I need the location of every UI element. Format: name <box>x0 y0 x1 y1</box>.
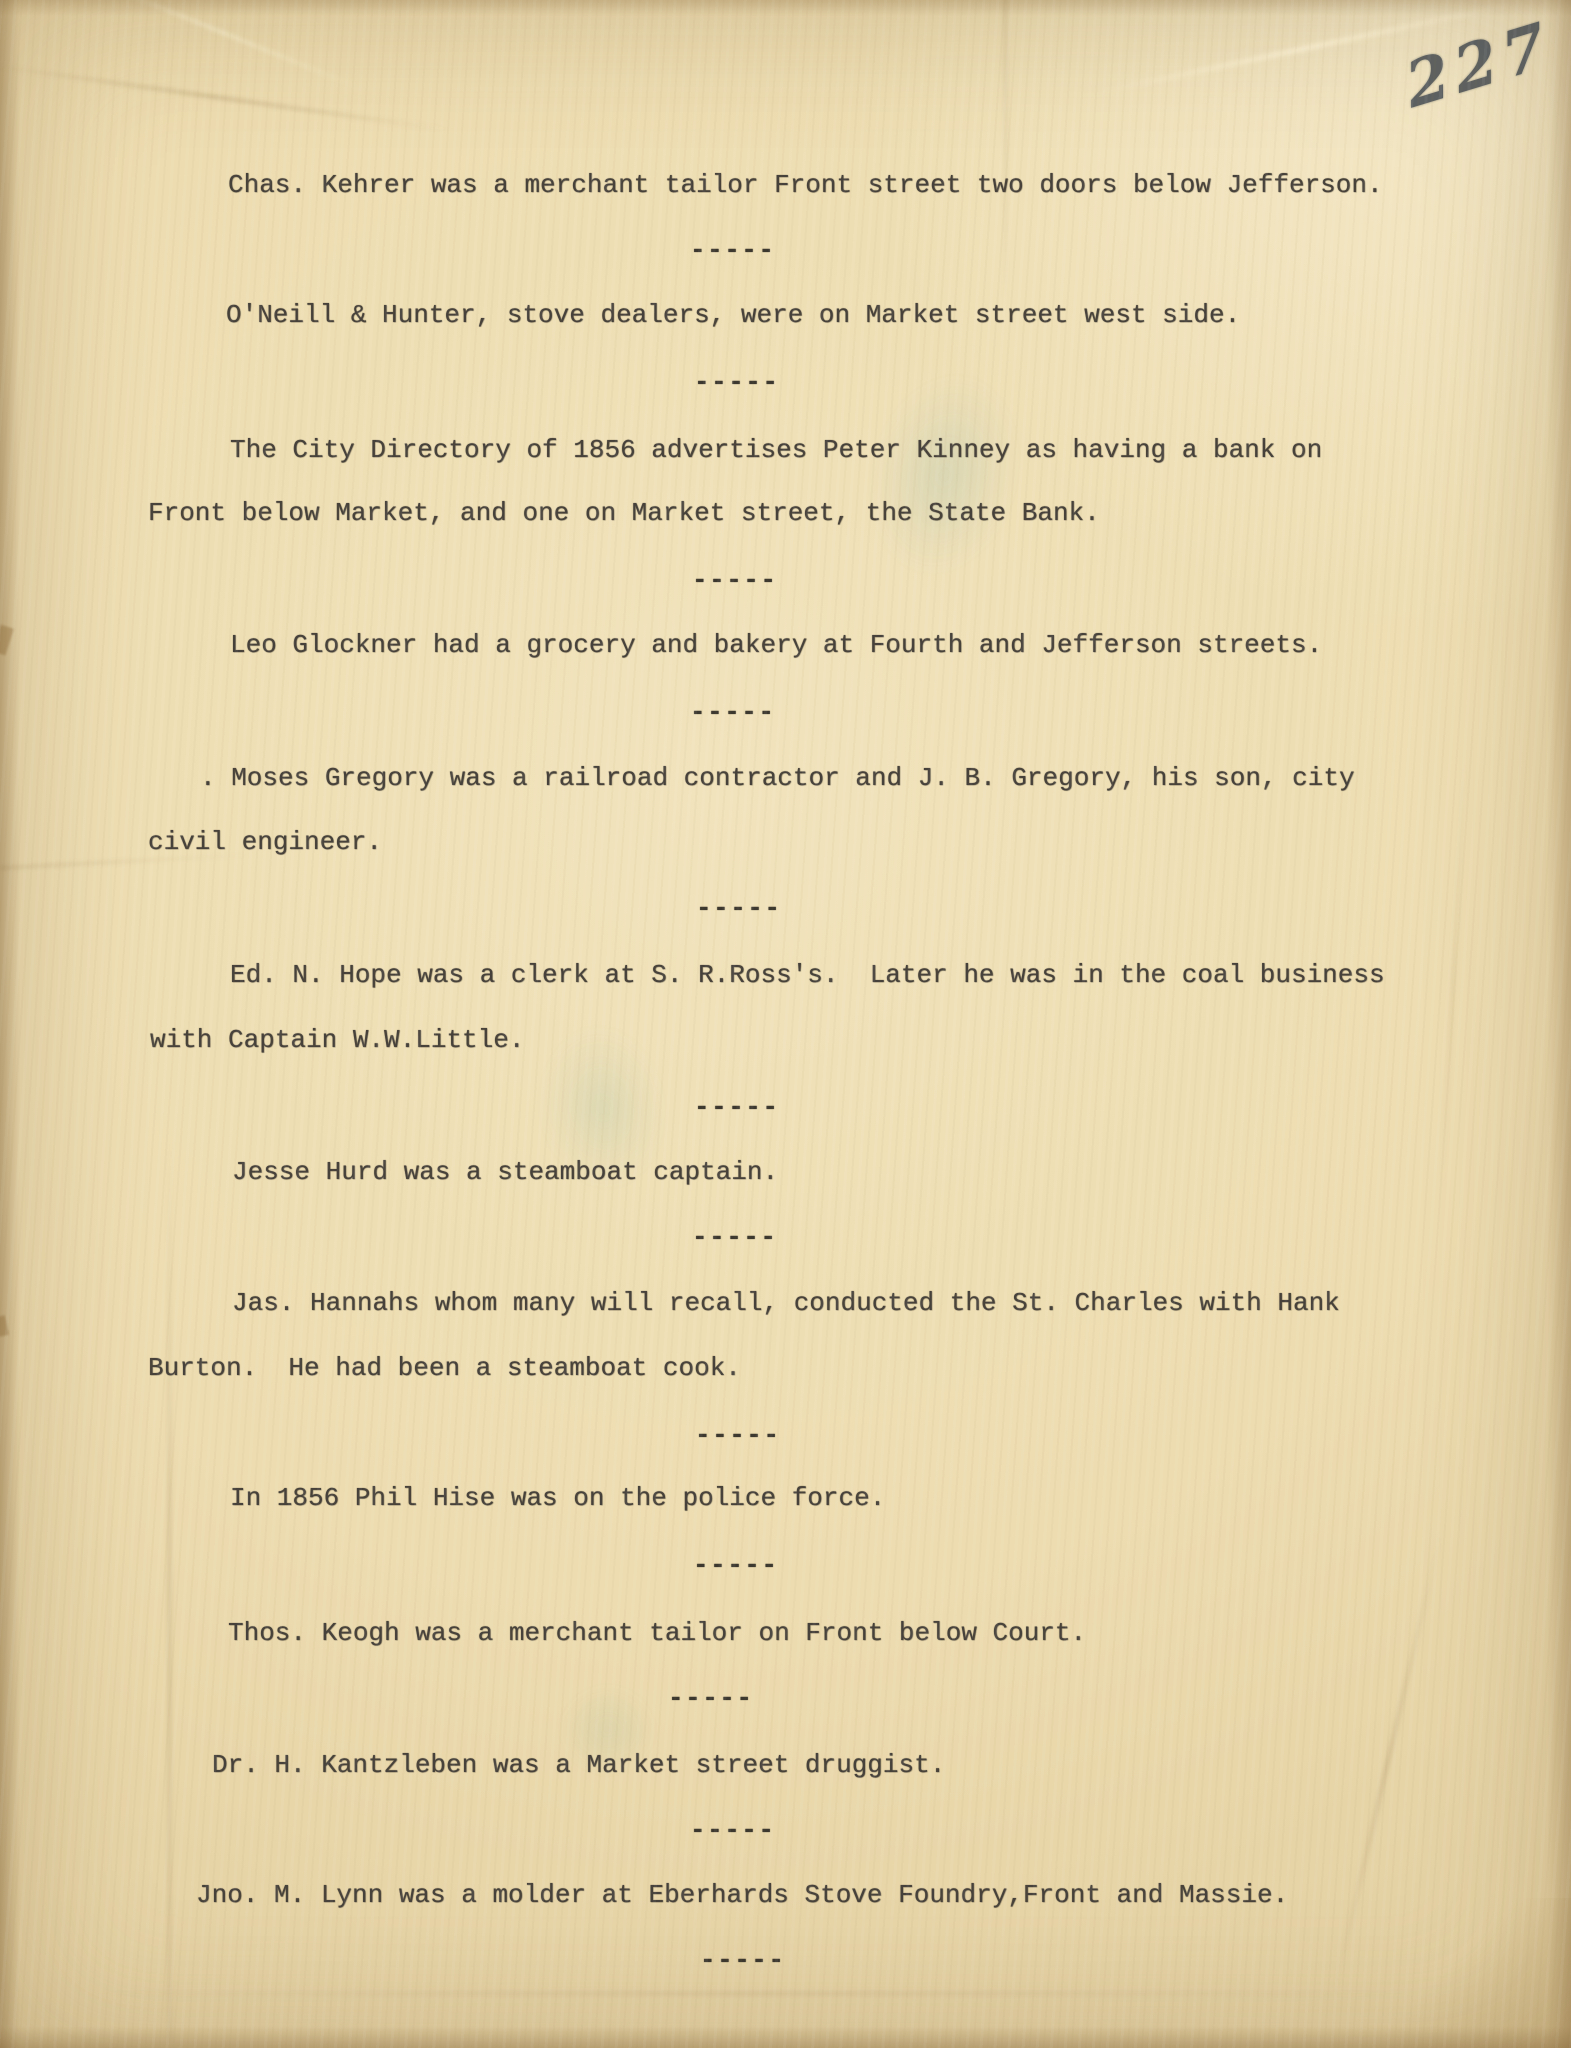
typed-line: Ed. N. Hope was a clerk at S. R.Ross's. … <box>230 958 1385 992</box>
section-divider: ----- <box>692 1223 778 1251</box>
typed-line: with Captain W.W.Little. <box>150 1023 524 1057</box>
crease-mark <box>1004 0 1007 320</box>
section-divider: ----- <box>668 1684 754 1712</box>
section-divider: ----- <box>696 894 782 922</box>
typed-line: Burton. He had been a steamboat cook. <box>148 1351 741 1385</box>
torn-edge-notch <box>0 625 14 656</box>
section-divider: ----- <box>695 1421 781 1449</box>
typed-line: Thos. Keogh was a merchant tailor on Fro… <box>228 1616 1086 1650</box>
typed-line: Jas. Hannahs whom many will recall, cond… <box>232 1286 1340 1320</box>
crease-mark <box>90 1992 1410 1995</box>
typed-line: Jesse Hurd was a steamboat captain. <box>232 1155 778 1189</box>
typed-line: Jno. M. Lynn was a molder at Eberhards S… <box>196 1878 1288 1912</box>
typed-line: Leo Glockner had a grocery and bakery at… <box>230 628 1322 662</box>
bleedthrough-mark <box>849 358 1039 592</box>
typed-line: In 1856 Phil Hise was on the police forc… <box>230 1481 885 1515</box>
section-divider: ----- <box>700 1946 786 1974</box>
section-divider: ----- <box>690 236 776 264</box>
corner-fold <box>1381 1898 1571 2048</box>
torn-edge-notch <box>0 1315 9 1337</box>
typed-line: Dr. H. Kantzleben was a Market street dr… <box>212 1748 945 1782</box>
typed-line: The City Directory of 1856 advertises Pe… <box>230 433 1322 467</box>
crease-mark <box>1441 760 1467 1190</box>
crease-mark <box>1332 1536 1442 1995</box>
crease-mark <box>168 1140 171 2040</box>
section-divider: ----- <box>694 368 780 396</box>
scanned-typewritten-page: 227 Chas. Kehrer was a merchant tailor F… <box>0 0 1571 2048</box>
typed-line: . Moses Gregory was a railroad contracto… <box>200 761 1355 795</box>
handwritten-page-number: 227 <box>1401 8 1558 121</box>
typed-line: O'Neill & Hunter, stove dealers, were on… <box>226 298 1240 332</box>
section-divider: ----- <box>692 566 778 594</box>
section-divider: ----- <box>694 1093 780 1121</box>
typed-line: civil engineer. <box>148 825 382 859</box>
section-divider: ----- <box>693 1551 779 1579</box>
section-divider: ----- <box>690 1816 776 1844</box>
typed-line: Front below Market, and one on Market st… <box>148 496 1100 530</box>
crease-mark <box>0 62 448 131</box>
section-divider: ----- <box>690 698 776 726</box>
crease-mark <box>71 0 369 93</box>
typed-line: Chas. Kehrer was a merchant tailor Front… <box>228 168 1383 202</box>
